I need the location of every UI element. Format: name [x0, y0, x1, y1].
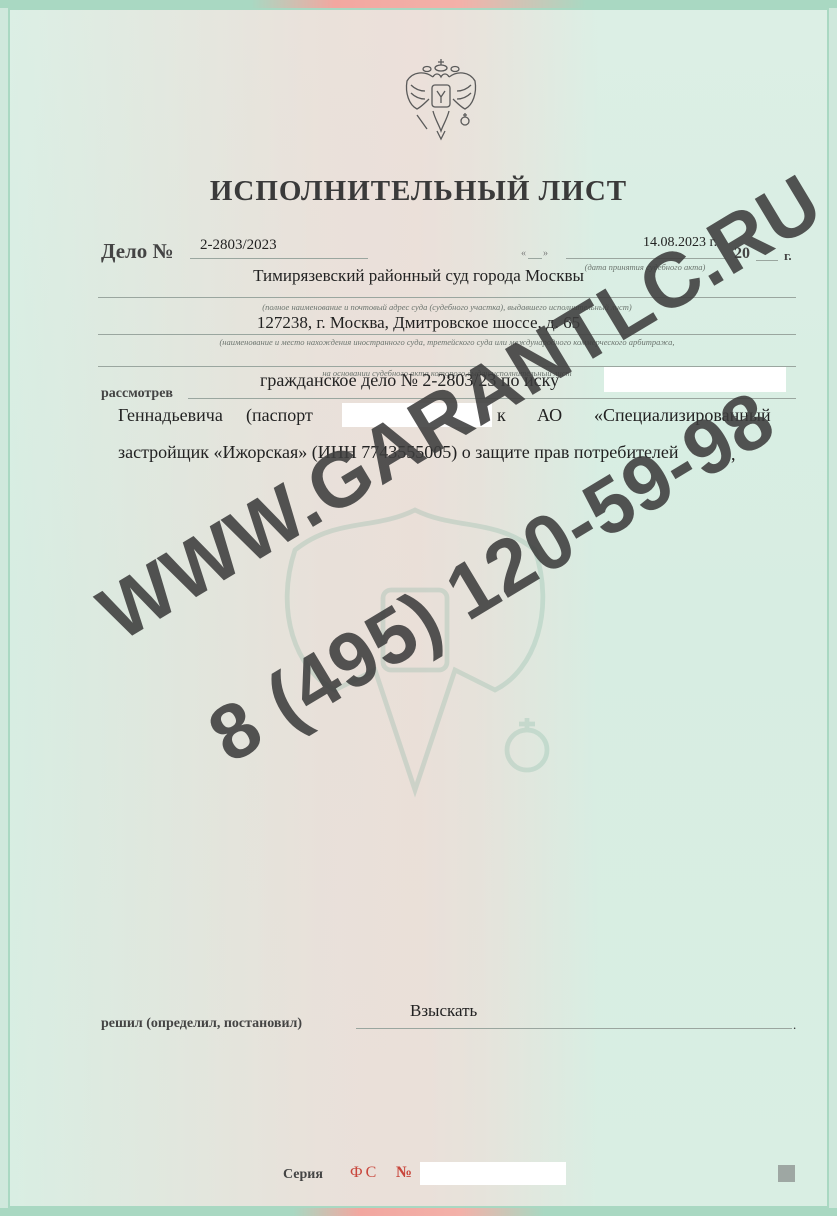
redacted-series-number	[420, 1162, 566, 1185]
decision-value: Взыскать	[410, 1001, 477, 1021]
court-address: 127238, г. Москва, Дмитровское шоссе, д.…	[0, 313, 837, 333]
russian-coat-of-arms-icon	[403, 55, 479, 145]
considered-line-2-passport: (паспорт	[246, 405, 313, 426]
case-number-value: 2-2803/2023	[200, 237, 277, 254]
redacted-plaintiff-name	[604, 367, 786, 392]
considered-label: рассмотрев	[101, 386, 173, 402]
considered-line-2-name: Геннадьевича	[118, 405, 223, 426]
bottom-security-band	[0, 1208, 837, 1216]
case-number-label: Дело №	[101, 239, 174, 264]
decision-label: решил (определил, постановил)	[101, 1016, 302, 1032]
day-underline	[528, 258, 542, 259]
series-code: ФС	[350, 1164, 379, 1182]
decision-end: .	[793, 1017, 796, 1033]
series-label: Серия	[283, 1167, 323, 1183]
series-number-sign: №	[396, 1164, 412, 1182]
date-quote-open: «	[521, 248, 526, 259]
corner-marker	[778, 1165, 795, 1182]
decision-underline	[356, 1028, 792, 1029]
foreign-court-caption: (наименование и место нахождения иностра…	[98, 337, 796, 347]
top-security-band	[0, 0, 837, 8]
case-number-underline	[190, 258, 368, 259]
date-quote-close: »	[543, 248, 548, 259]
court-address-underline	[98, 334, 796, 335]
